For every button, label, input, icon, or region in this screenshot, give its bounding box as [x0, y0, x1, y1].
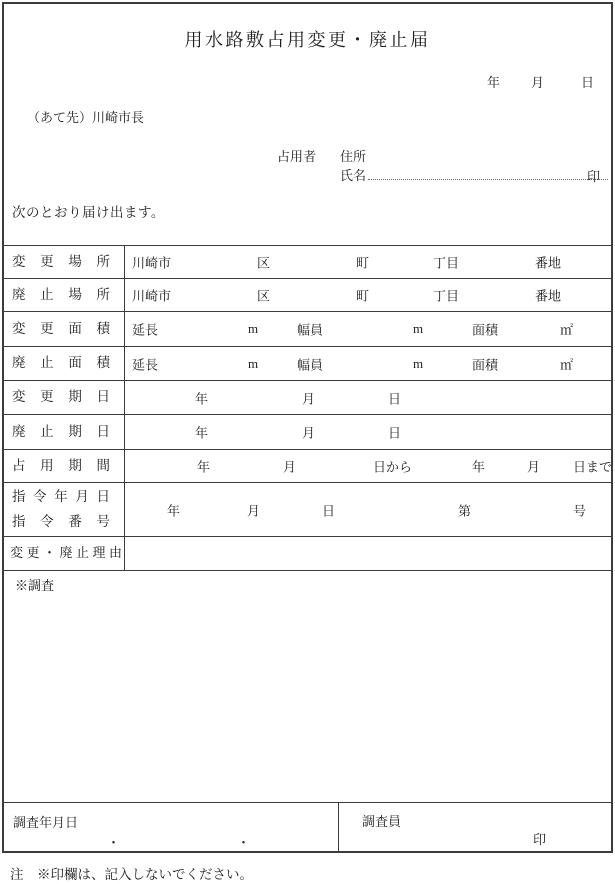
- change-date-label-cell: 変更期日: [4, 381, 125, 414]
- header-date-day-label: 日: [581, 72, 594, 91]
- surveyor-label: 調査員: [362, 811, 401, 830]
- month-label: 月: [302, 423, 315, 442]
- width-label: 幅員: [297, 320, 323, 339]
- survey-section: ※調査: [4, 570, 611, 802]
- day-from-label: 日から: [373, 457, 412, 476]
- town-label: 町: [356, 286, 369, 305]
- change-place-label: 変更場所: [12, 250, 110, 275]
- change-place-label-cell: 変更場所: [4, 246, 125, 278]
- survey-footer-divider: [338, 803, 339, 852]
- declaration-text: 次のとおり届け出ます。: [12, 201, 165, 221]
- row-directive: 指令年月日 指令番号 年 月 日 第 号: [4, 482, 611, 536]
- form-page: 用水路敷占用変更・廃止届 年 月 日 （あて先）川崎市長 占用者 住所 氏名 印…: [0, 0, 615, 884]
- length-label: 延長: [132, 354, 158, 373]
- banchi-label: 番地: [535, 286, 561, 305]
- row-occupation-period: 占用期間 年 月 日から 年 月 日まで: [4, 449, 611, 482]
- addressee-label: （あて先）川崎市長: [27, 107, 144, 126]
- day-label: 日: [322, 500, 335, 519]
- area-label: 面積: [472, 320, 498, 339]
- reason-label: 変更・廃止理由: [10, 541, 122, 565]
- occupation-period-label: 占用期間: [12, 454, 110, 479]
- header-date-year-label: 年: [487, 72, 500, 91]
- occupier-name-label: 氏名: [340, 165, 366, 184]
- row-change-date: 変更期日 年 月 日: [4, 380, 611, 414]
- footer-note: 注 ※印欄は、記入しないでください。: [10, 863, 253, 883]
- directive-label-cell: 指令年月日 指令番号: [4, 483, 125, 536]
- occupier-address-label: 住所: [340, 146, 366, 165]
- survey-date-dot: ・: [107, 832, 120, 851]
- name-dotted-line: [368, 167, 608, 180]
- ward-label: 区: [257, 286, 270, 305]
- surveyor-seal-label: 印: [533, 829, 546, 848]
- year-label: 年: [195, 423, 208, 442]
- form-title: 用水路敷占用変更・廃止届: [0, 26, 615, 52]
- abolish-place-label-cell: 廃止場所: [4, 279, 125, 311]
- year-label: 年: [195, 388, 208, 407]
- day-label: 日: [388, 388, 401, 407]
- city-label: 川崎市: [132, 286, 171, 305]
- chome-label: 丁目: [433, 253, 459, 272]
- row-abolish-place: 廃止場所 川崎市 区 町 丁目 番地: [4, 278, 611, 311]
- meter-unit: m: [248, 356, 258, 372]
- width-label: 幅員: [297, 354, 323, 373]
- row-change-area: 変更面積 延長 m 幅員 m 面積 ㎡: [4, 311, 611, 346]
- month-label: 月: [247, 500, 260, 519]
- abolish-area-label-cell: 廃止面積: [4, 347, 125, 380]
- city-label: 川崎市: [132, 253, 171, 272]
- occupier-label: 占用者: [277, 146, 316, 165]
- area-label: 面積: [472, 354, 498, 373]
- meter-unit: m: [413, 356, 423, 372]
- ward-label: 区: [257, 253, 270, 272]
- row-change-place: 変更場所 川崎市 区 町 丁目 番地: [4, 245, 611, 278]
- row-abolish-date: 廃止期日 年 月 日: [4, 414, 611, 449]
- row-reason: 変更・廃止理由: [4, 536, 611, 570]
- month-label: 月: [283, 457, 296, 476]
- change-area-label-cell: 変更面積: [4, 312, 125, 346]
- sqm-unit: ㎡: [560, 320, 573, 339]
- change-date-label: 変更期日: [12, 385, 110, 410]
- number-suffix-label: 号: [573, 500, 586, 519]
- abolish-place-label: 廃止場所: [12, 283, 110, 308]
- length-label: 延長: [132, 320, 158, 339]
- abolish-date-label: 廃止期日: [12, 420, 110, 445]
- change-area-label: 変更面積: [12, 317, 110, 342]
- survey-footer-row: 調査年月日 ・ ・ 調査員 印: [4, 802, 611, 852]
- year-label: 年: [472, 457, 485, 476]
- abolish-area-label: 廃止面積: [12, 351, 110, 376]
- reason-label-cell: 変更・廃止理由: [4, 537, 125, 570]
- occupation-period-label-cell: 占用期間: [4, 450, 125, 482]
- town-label: 町: [356, 253, 369, 272]
- abolish-date-label-cell: 廃止期日: [4, 415, 125, 449]
- occupier-seal-label: 印: [587, 166, 600, 185]
- meter-unit: m: [413, 321, 423, 337]
- month-label: 月: [302, 388, 315, 407]
- row-abolish-area: 廃止面積 延長 m 幅員 m 面積 ㎡: [4, 346, 611, 380]
- directive-date-label: 指令年月日: [12, 485, 110, 510]
- year-label: 年: [197, 457, 210, 476]
- year-label: 年: [167, 500, 180, 519]
- sqm-unit: ㎡: [560, 354, 573, 373]
- day-to-label: 日まで: [573, 457, 612, 476]
- day-label: 日: [388, 423, 401, 442]
- meter-unit: m: [248, 321, 258, 337]
- survey-date-label: 調査年月日: [13, 812, 78, 831]
- survey-label: ※調査: [15, 575, 54, 594]
- survey-date-dot: ・: [237, 832, 250, 851]
- chome-label: 丁目: [433, 286, 459, 305]
- banchi-label: 番地: [535, 253, 561, 272]
- directive-number-label: 指令番号: [12, 510, 110, 535]
- header-date-month-label: 月: [531, 72, 544, 91]
- number-prefix-label: 第: [458, 500, 471, 519]
- month-label: 月: [527, 457, 540, 476]
